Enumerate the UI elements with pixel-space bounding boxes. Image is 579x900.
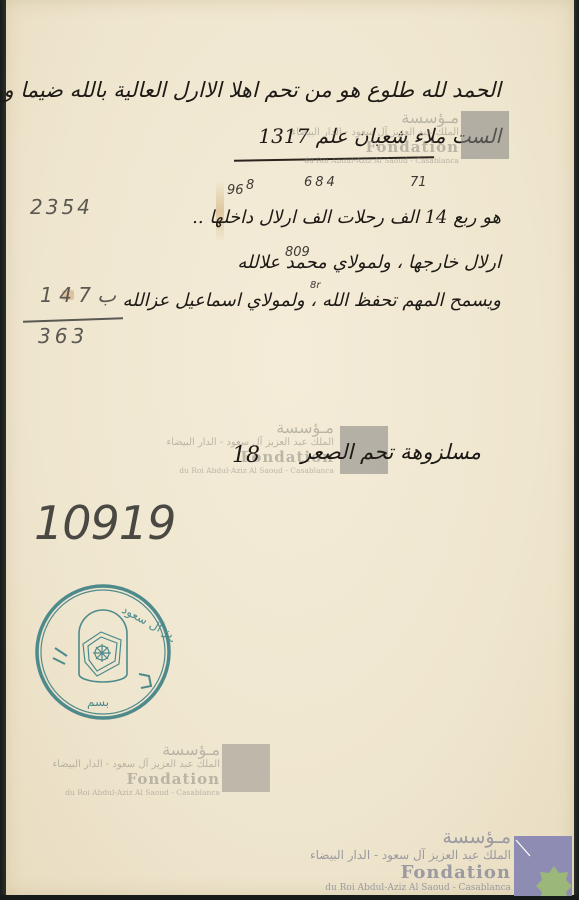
seal-bottom-text: بسم [87,695,109,709]
scan-edge-left [0,0,6,900]
signature-line: مسلزوهة تحم الصعر [301,440,481,464]
pencil-fraction-numerator: 1 ب 7 4 [40,283,116,307]
seal-emblem-icon [83,632,121,676]
fondation-logo-corner: مـؤسسة الملك عبد العزيز آل سعود - الدار … [310,826,575,896]
watermark-french-title: Fondation [50,770,220,788]
watermark-arabic-title: مـؤسسة [50,740,220,759]
watermark-french-title: Fondation [289,138,459,156]
heading-line-1: الحمد لله طلوع هو من تحم اهلا الاارل الع… [0,78,501,102]
watermark-french-subtitle: du Roi Abdul-Aziz Al Saoud - Casablanca [50,788,220,797]
body-line-2: ارلال خارجها ، ولمولاي محمد علالله [237,252,501,273]
watermark-french-subtitle: du Roi Abdul-Aziz Al Saoud - Casablanca [289,156,459,165]
fondation-watermark-lower: مـؤسسة الملك عبد العزيز آل سعود - الدار … [60,740,272,800]
watermark-logo-square [222,744,270,792]
fondation-watermark-top: مـؤسسة الملك عبد العزيز آل سعود - الدار … [305,108,517,168]
superscript-number: 684 [304,175,338,190]
logo-arabic-title: مـؤسسة [301,826,511,848]
watermark-arabic-title: مـؤسسة [289,108,459,127]
logo-square-icon [514,836,572,896]
logo-french-title: Fondation [301,862,511,883]
superscript-number: 8 [246,178,254,193]
body-line-3: ويسمح المهم تحفظ الله ، ولمولاي اسماعيل … [122,290,501,311]
pencil-note-top-left: 2354 [30,195,93,219]
watermark-arabic-title: مـؤسسة [174,418,334,437]
logo-french-subtitle: du Roi Abdul-Aziz Al Saoud - Casablanca [301,883,511,893]
logo-arabic-subtitle: الملك عبد العزيز آل سعود - الدار البيضاء [301,848,511,862]
watermark-arabic-subtitle: الملك عبد العزيز آل سعود - الدار البيضاء [289,127,459,138]
watermark-logo-square [461,111,509,159]
logo-star-icon [536,866,572,896]
seal-stamp: عبد العزيز آل سعود بسم [33,582,173,722]
catalog-number: 10919 [34,496,175,550]
superscript-number: 71 [410,175,427,190]
superscript-number: 96 [227,183,244,198]
watermark-arabic-subtitle: الملك عبد العزيز آل سعود - الدار البيضاء [50,759,220,770]
scan-edge-right [574,0,579,900]
pencil-fraction-denominator: 363 [38,324,88,348]
body-line-1: هو ربع 14 الف رحلات الف ارلال داخلها .. [192,207,501,228]
signature-number: 18 [232,443,260,468]
